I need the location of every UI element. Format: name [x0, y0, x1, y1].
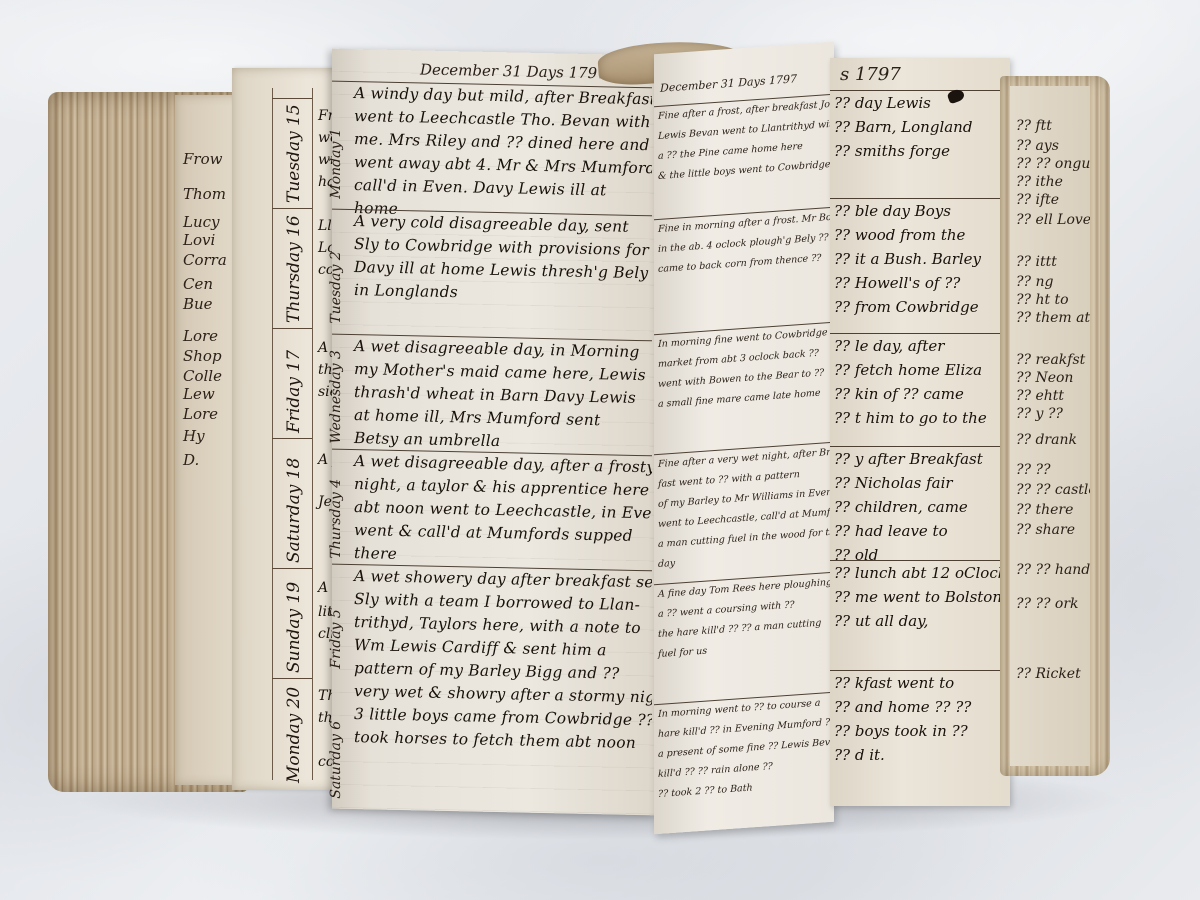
- entry-line: ?? and home ?? ??: [830, 695, 1008, 719]
- entry-line: ?? Howell's of ??: [830, 271, 1008, 295]
- edge-fragment: Corra: [183, 251, 227, 269]
- entry-line: ?? day Lewis: [830, 91, 1008, 115]
- edge-fragment: ?? Ricket: [1016, 666, 1081, 682]
- edge-fragment: Cen: [183, 275, 213, 293]
- diary-entry: A wet disagreeable day, after a frosty n…: [332, 449, 652, 577]
- entry-line: ?? kfast went to: [830, 671, 1008, 695]
- page-header: December 31 Days 1797: [660, 72, 797, 95]
- edge-fragment: ?? ht to: [1016, 292, 1069, 308]
- edge-fragment: ?? ithe: [1016, 174, 1063, 190]
- entry-line: ?? from Cowbridge: [830, 295, 1008, 319]
- day-label: Thursday 4: [328, 479, 344, 559]
- edge-fragment: ?? ittt: [1016, 254, 1057, 270]
- diary-entry: ?? y after Breakfast ?? Nicholas fair ??…: [830, 446, 1008, 567]
- date-cell: Friday 17: [272, 328, 312, 439]
- edge-fragment: ?? ftt: [1016, 118, 1052, 134]
- date-cell: Thursday 16: [272, 208, 312, 329]
- diary-entry: Fine in morning after a frost. Mr Bowen …: [654, 207, 832, 330]
- date-label: Thursday 16: [284, 215, 304, 323]
- edge-fragment: Lore: [183, 405, 218, 423]
- entry-line: ?? kin of ?? came: [830, 382, 1008, 406]
- diary-entry: A very cold disagreeable day, sent Sly t…: [332, 209, 652, 337]
- edge-fragment: ?? reakfst: [1016, 352, 1085, 368]
- edge-fragment: ?? them at: [1016, 310, 1090, 326]
- entry-line: ?? lunch abt 12 oClock: [830, 561, 1008, 585]
- edge-fragment: ?? ??: [1016, 462, 1050, 478]
- diary-entry: In morning fine went to Cowbridge market…: [654, 322, 832, 450]
- entry-line: ?? children, came: [830, 495, 1008, 519]
- ruled-margin-line: [312, 88, 313, 780]
- date-label: Sunday 19: [284, 582, 304, 673]
- right-diary-page: December 31 Days 1797 Fine after a frost…: [654, 42, 834, 835]
- entry-line: ?? ut all day,: [830, 609, 1008, 633]
- diary-entry: ?? le day, after ?? fetch home Eliza ?? …: [830, 333, 1008, 444]
- edge-fragment: ?? ?? castle: [1016, 482, 1090, 498]
- edge-fragment: ?? Neon: [1016, 370, 1073, 386]
- diary-entry: Fine after a frost, after breakfast John…: [654, 94, 832, 212]
- date-label: Tuesday 15: [284, 104, 304, 203]
- day-label: Tuesday 2: [328, 251, 344, 324]
- page-header: s 1797: [840, 64, 901, 85]
- edge-fragment: Lucy: [183, 213, 220, 231]
- edge-fragment: Shop: [183, 347, 222, 365]
- entry-line: ?? ble day Boys: [830, 199, 1008, 223]
- diary-entry: A fine day Tom Rees here ploughing a ?? …: [654, 572, 832, 695]
- date-label: Monday 20: [284, 687, 304, 783]
- entry-line: ?? Nicholas fair: [830, 471, 1008, 495]
- day-label: Wednesday 3: [328, 350, 344, 444]
- edge-fragment: ?? ehtt: [1016, 388, 1064, 404]
- edge-fragment: Lore: [183, 327, 218, 345]
- diary-entry: A wet showery day after breakfast sent S…: [332, 564, 652, 802]
- date-label: Saturday 18: [284, 458, 304, 563]
- entry-line: ?? wood from the: [830, 223, 1008, 247]
- entry-line: ?? it a Bush. Barley: [830, 247, 1008, 271]
- edge-fragment: ?? ell Love: [1016, 212, 1090, 228]
- diary-entry: Fine after a very wet night, after Break…: [654, 442, 832, 580]
- edge-fragment: ?? ?? ongue: [1016, 156, 1090, 172]
- left-diary-page: December 31 Days 1797 A windy day but mi…: [332, 49, 657, 816]
- edge-fragment: Thom: [183, 185, 226, 203]
- entry-line: ?? y after Breakfast: [830, 447, 1008, 471]
- edge-fragment: ?? ifte: [1016, 192, 1059, 208]
- entry-line: ?? fetch home Eliza: [830, 358, 1008, 382]
- edge-fragment: Frow: [183, 150, 222, 168]
- edge-fragment: ?? share: [1016, 522, 1075, 538]
- date-cell: Monday 20: [272, 678, 312, 789]
- diary-entry: ?? day Lewis ?? Barn, Longland ?? smiths…: [830, 90, 1008, 191]
- entry-line: ?? Barn, Longland: [830, 115, 1008, 139]
- date-cell: Saturday 18: [272, 438, 312, 569]
- day-label: Saturday 6: [328, 721, 344, 799]
- diary-entry: In morning went to ?? to course a hare k…: [654, 692, 832, 825]
- page-header: December 31 Days 1797: [420, 60, 607, 82]
- entry-line: ?? had leave to: [830, 519, 1008, 543]
- diary-entry: A wet disagreeable day, in Morning my Mo…: [332, 334, 652, 462]
- diary-entry: ?? lunch abt 12 oClock ?? me went to Bol…: [830, 560, 1008, 671]
- far-right-diary-page: s 1797 ?? day Lewis ?? Barn, Longland ??…: [830, 58, 1010, 806]
- date-cell: Sunday 19: [272, 568, 312, 679]
- edge-fragment: Lew: [183, 385, 215, 403]
- entry-line: ?? le day, after: [830, 334, 1008, 358]
- edge-fragment: ?? ays: [1016, 138, 1059, 154]
- edge-fragment: D.: [183, 451, 199, 469]
- day-label: Friday 5: [328, 609, 344, 669]
- entry-line: ?? t him to go to the: [830, 406, 1008, 430]
- date-label: Friday 17: [284, 350, 304, 433]
- edge-fragment: ?? there: [1016, 502, 1073, 518]
- edge-fragment: Colle: [183, 367, 222, 385]
- date-cell: Tuesday 15: [272, 98, 312, 209]
- entry-line: ?? me went to Bolston: [830, 585, 1008, 609]
- edge-fragment: ?? y ??: [1016, 406, 1063, 422]
- edge-fragment: Bue: [183, 295, 213, 313]
- entry-line: ?? boys took in ??: [830, 719, 1008, 743]
- edge-fragment: ?? ?? hands: [1016, 562, 1090, 578]
- diary-entry: ?? kfast went to ?? and home ?? ?? ?? bo…: [830, 670, 1008, 791]
- edge-fragment: Lovi: [183, 231, 215, 249]
- entry-line: ?? smiths forge: [830, 139, 1008, 163]
- edge-fragment: Hy: [183, 427, 205, 445]
- right-page-edge: ?? ftt ?? ays ?? ?? ongue ?? ithe ?? ift…: [1010, 86, 1090, 766]
- diary-entry: A windy day but mild, after Breakfast we…: [332, 81, 652, 209]
- entry-line: ?? d it.: [830, 743, 1008, 767]
- diary-entry: ?? ble day Boys ?? wood from the ?? it a…: [830, 198, 1008, 329]
- edge-fragment: ?? ng: [1016, 274, 1053, 290]
- edge-fragment: ?? drank: [1016, 432, 1077, 448]
- edge-fragment: ?? ?? ork: [1016, 596, 1079, 612]
- day-label: Monday 1: [328, 128, 344, 199]
